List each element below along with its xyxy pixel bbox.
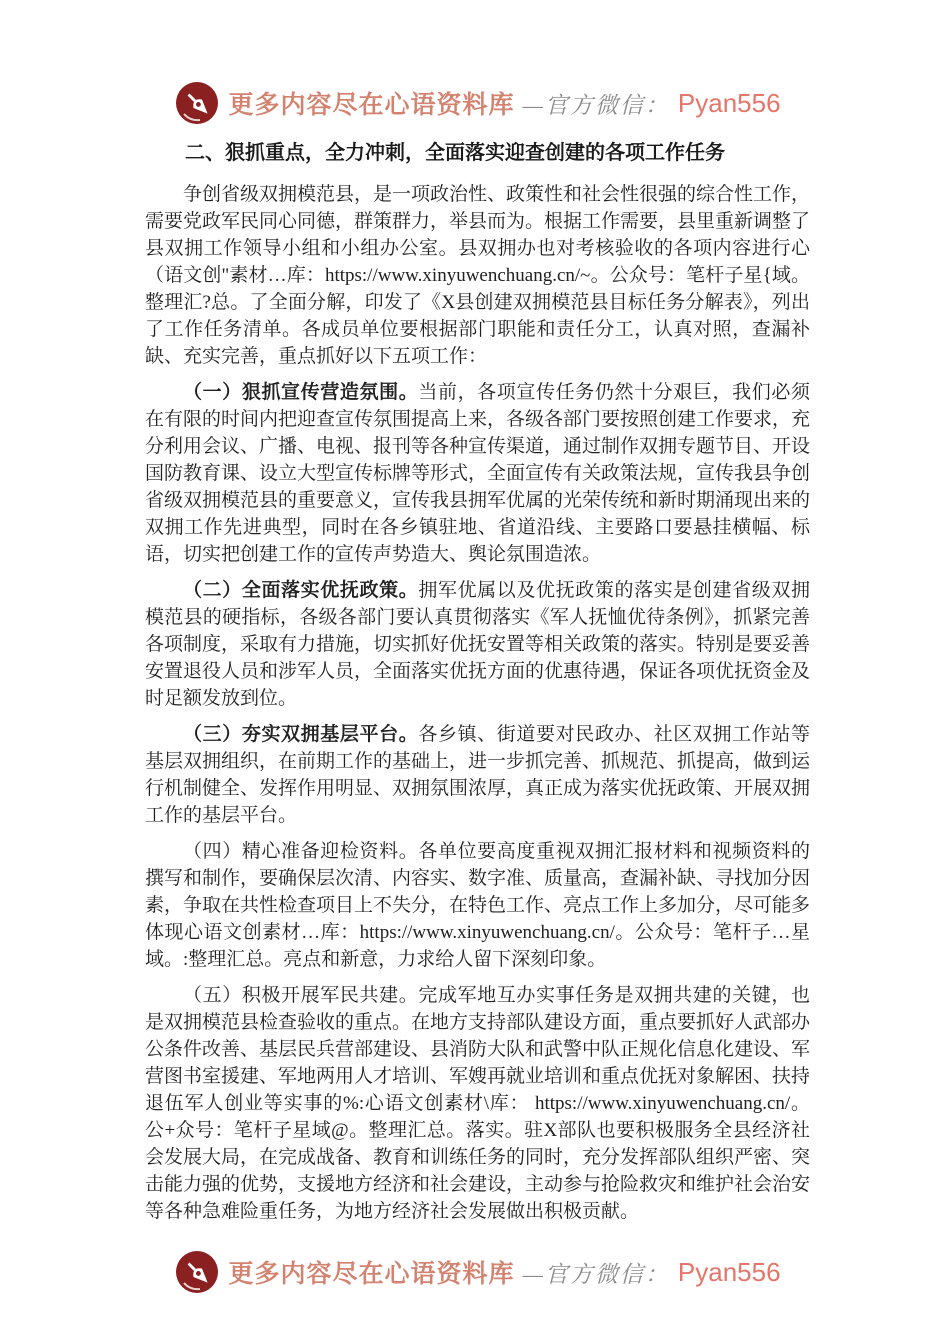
paragraph-lead: （三）夯实双拥基层平台。 bbox=[183, 724, 418, 745]
pen-nib-logo-icon bbox=[174, 1249, 220, 1295]
wechat-id: Pyan556 bbox=[678, 88, 781, 119]
document-title: 二、狠抓重点，全力冲刺，全面落实迎查创建的各项工作任务 bbox=[145, 140, 810, 167]
paragraph-lead: （五）积极开展军民共建。 bbox=[183, 985, 418, 1006]
paragraph: （五）积极开展军民共建。完成军地互办实事任务是双拥共建的关键，也是双拥模范县检查… bbox=[145, 982, 810, 1225]
wechat-label: —官方微信： bbox=[522, 87, 669, 120]
document-page: 更多内容尽在心语资料库—官方微信：Pyan556 二、狠抓重点，全力冲刺，全面落… bbox=[0, 0, 950, 1344]
paragraph-lead: （四）精心准备迎检资料。 bbox=[183, 841, 418, 862]
wechat-id: Pyan556 bbox=[678, 1257, 781, 1288]
paragraph: 争创省级双拥模范县，是一项政治性、政策性和社会性很强的综合性工作，需要党政军民同… bbox=[145, 181, 810, 370]
footer-watermark: 更多内容尽在心语资料库—官方微信：Pyan556 bbox=[145, 1249, 810, 1295]
paragraph-text: 当前，各项宣传任务仍然十分艰巨，我们必须在有限的时间内把迎查宣传氛围提高上来，各… bbox=[145, 382, 810, 565]
paragraph: （一）狠抓宣传营造氛围。当前，各项宣传任务仍然十分艰巨，我们必须在有限的时间内把… bbox=[145, 379, 810, 568]
paragraph-lead: （一）狠抓宣传营造氛围。 bbox=[183, 382, 418, 403]
wechat-label: —官方微信： bbox=[522, 1256, 669, 1289]
pen-nib-logo-icon bbox=[174, 80, 220, 126]
brand-text: 更多内容尽在心语资料库 bbox=[228, 1254, 514, 1290]
paragraph: （二）全面落实优抚政策。拥军优属以及优抚政策的落实是创建省级双拥模范县的硬指标，… bbox=[145, 577, 810, 712]
paragraph: （三）夯实双拥基层平台。各乡镇、街道要对民政办、社区双拥工作站等基层双拥组织，在… bbox=[145, 721, 810, 829]
document-body: 争创省级双拥模范县，是一项政治性、政策性和社会性很强的综合性工作，需要党政军民同… bbox=[145, 181, 810, 1225]
brand-text: 更多内容尽在心语资料库 bbox=[228, 85, 514, 121]
header-watermark: 更多内容尽在心语资料库—官方微信：Pyan556 bbox=[145, 80, 810, 126]
paragraph-text: 争创省级双拥模范县，是一项政治性、政策性和社会性很强的综合性工作，需要党政军民同… bbox=[145, 184, 810, 367]
paragraph-text: 完成军地互办实事任务是双拥共建的关键，也是双拥模范县检查验收的重点。在地方支持部… bbox=[145, 985, 810, 1222]
paragraph-lead: （二）全面落实优抚政策。 bbox=[183, 580, 418, 601]
paragraph: （四）精心准备迎检资料。各单位要高度重视双拥汇报材料和视频资料的撰写和制作，要确… bbox=[145, 838, 810, 973]
